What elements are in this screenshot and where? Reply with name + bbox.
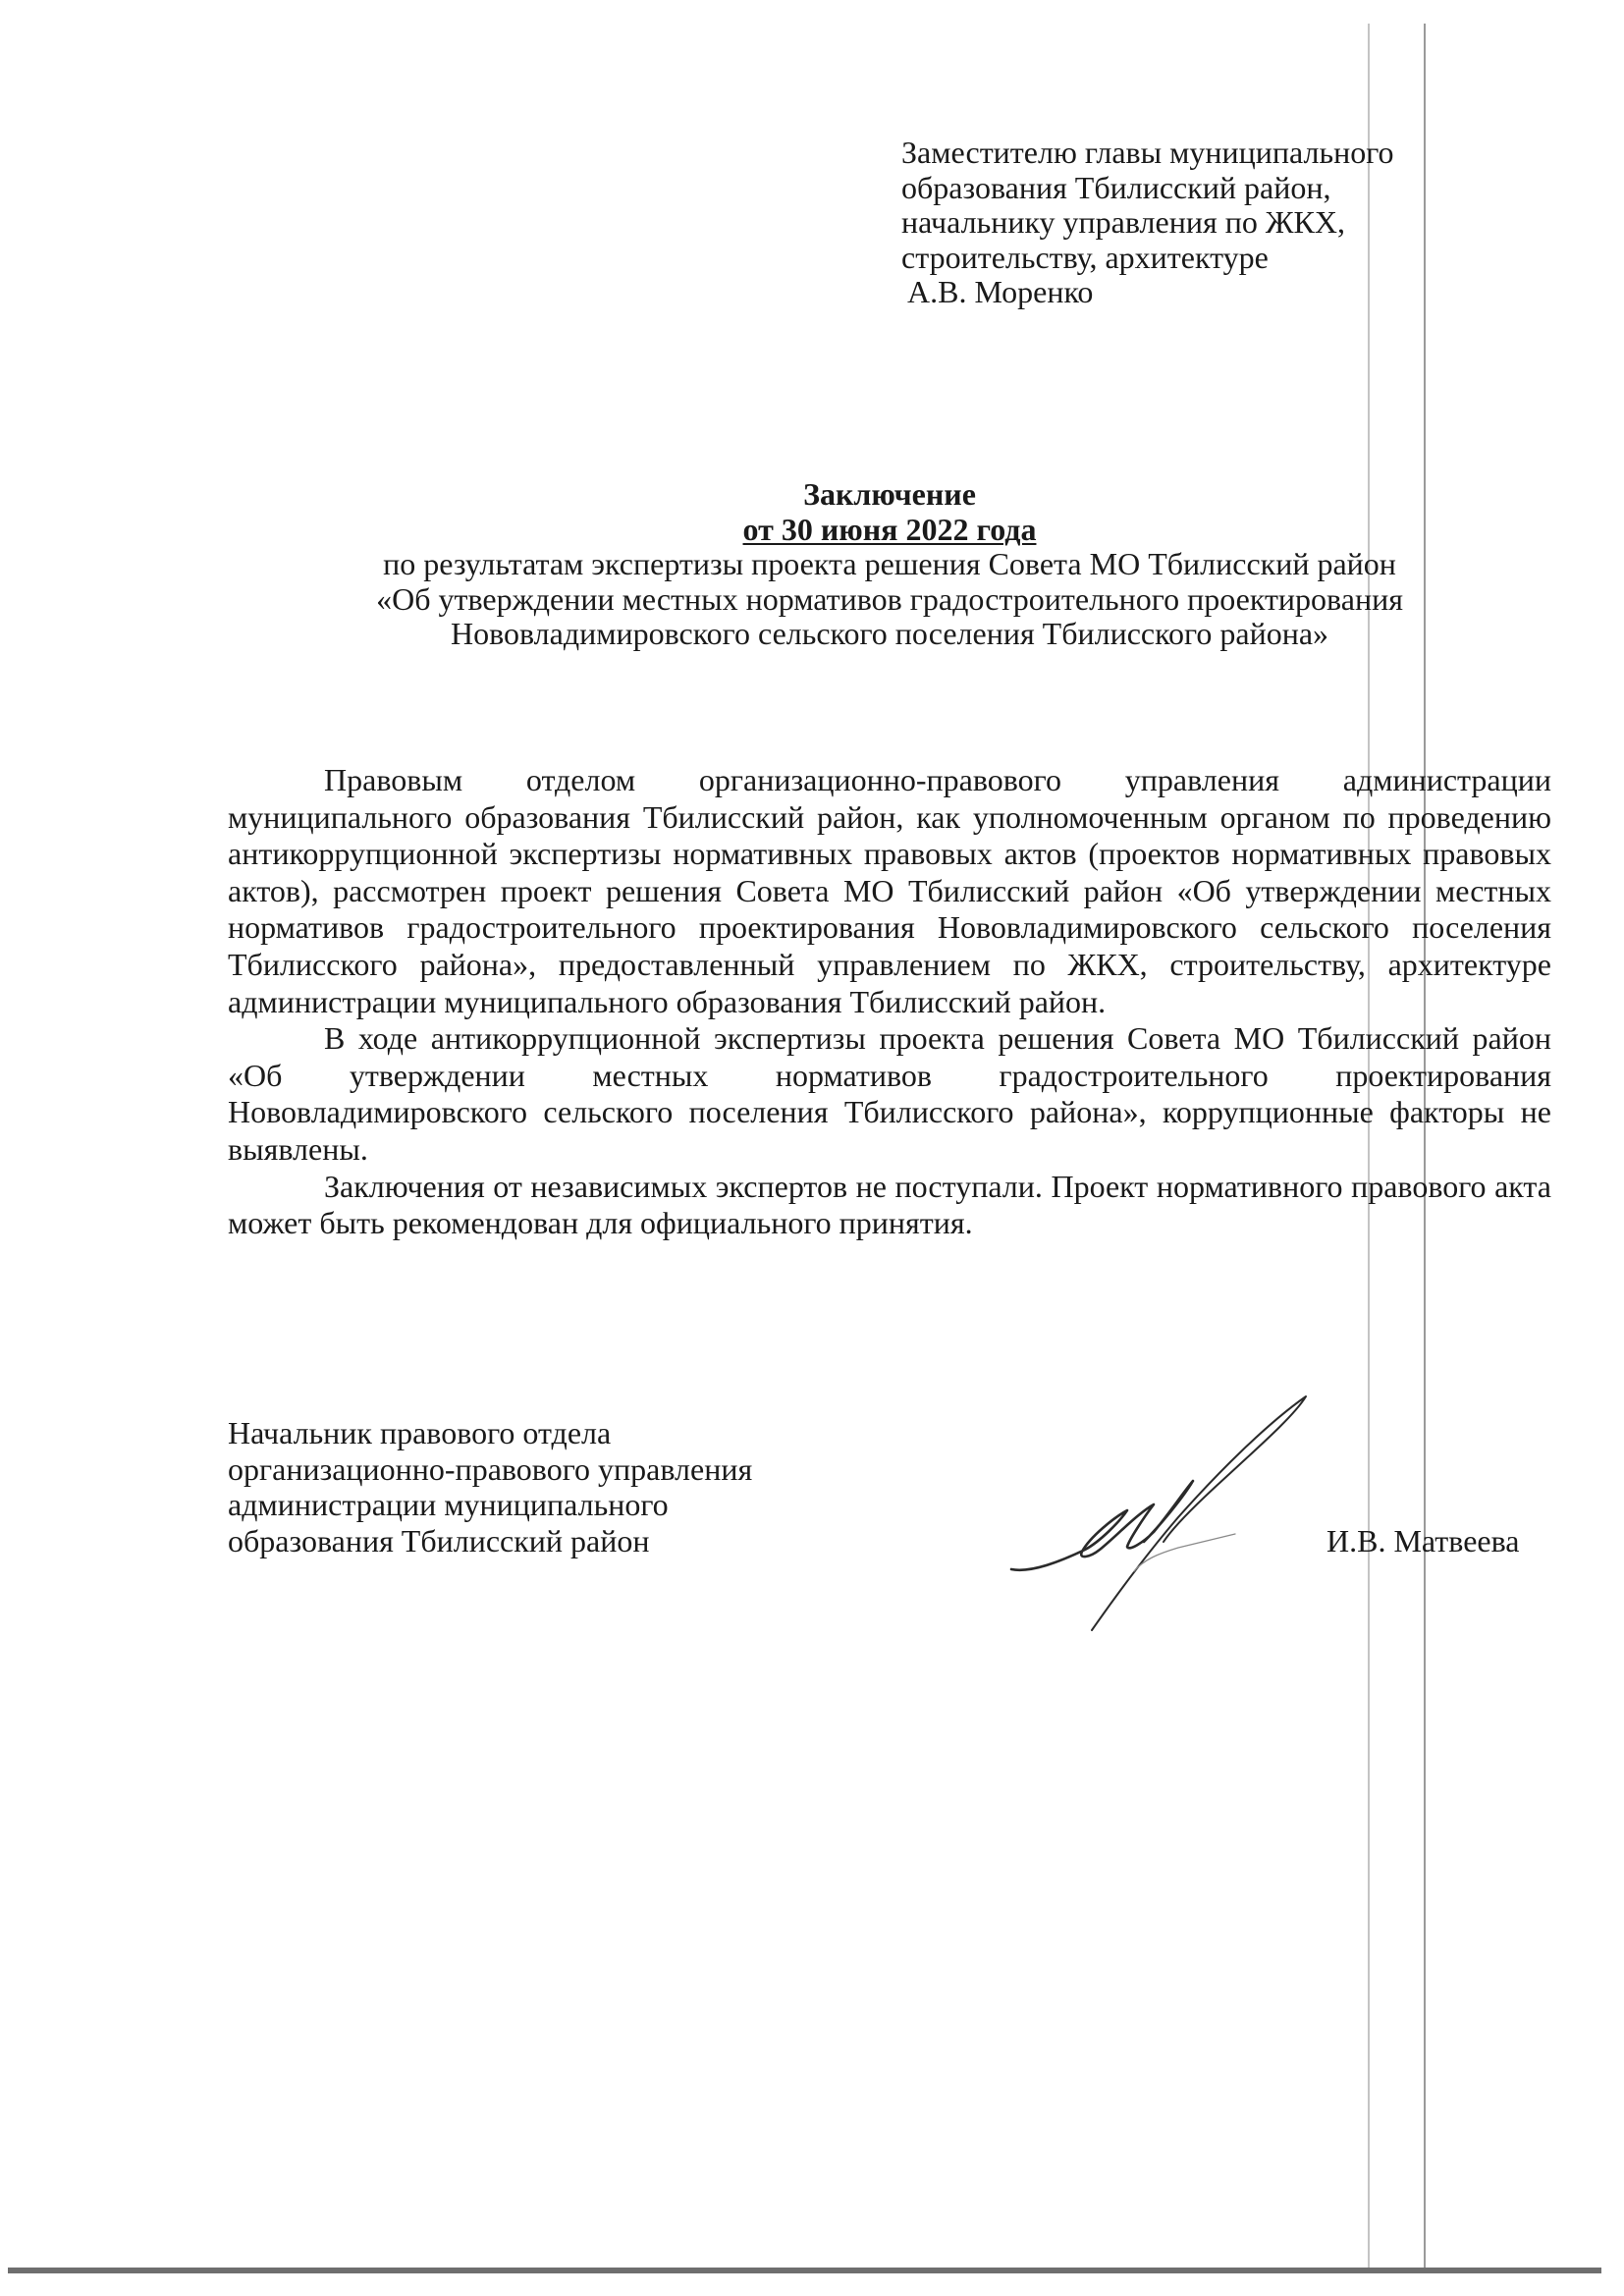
signatory-position-line: организационно-правового управления	[228, 1451, 752, 1488]
signatory-position-line: образования Тбилисский район	[228, 1523, 752, 1559]
document-title: Заключение	[226, 477, 1553, 513]
document-subtitle-line: Нововладимировского сельского поселения …	[226, 617, 1553, 652]
body-paragraph: Правовым отделом организационно-правовог…	[228, 762, 1551, 1020]
addressee-line: строительству, архитектуре	[901, 241, 1394, 276]
body-paragraph: Заключения от независимых экспертов не п…	[228, 1169, 1551, 1242]
signatory-name: И.В. Матвеева	[1326, 1523, 1519, 1558]
document-date: от 30 июня 2022 года	[743, 512, 1037, 547]
scan-bottom-edge	[8, 2268, 1601, 2273]
addressee-line: образования Тбилисский район,	[901, 171, 1394, 206]
addressee-line: начальнику управления по ЖКХ,	[901, 205, 1394, 241]
signatory-position: Начальник правового отдела организационн…	[228, 1415, 752, 1558]
signatory-position-line: Начальник правового отдела	[228, 1415, 752, 1451]
document-subtitle-line: «Об утверждении местных нормативов градо…	[226, 582, 1553, 618]
document-subtitle-line: по результатам экспертизы проекта решени…	[226, 547, 1553, 582]
signature-icon	[982, 1394, 1316, 1650]
document-title-block: Заключение от 30 июня 2022 года по резул…	[226, 477, 1553, 652]
document-body: Правовым отделом организационно-правовог…	[228, 762, 1551, 1242]
addressee-line: Заместителю главы муниципального	[901, 136, 1394, 171]
body-paragraph: В ходе антикоррупционной экспертизы прое…	[228, 1020, 1551, 1168]
signatory-position-line: администрации муниципального	[228, 1487, 752, 1523]
addressee-name: А.В. Моренко	[901, 275, 1394, 310]
addressee-block: Заместителю главы муниципального образов…	[901, 136, 1394, 310]
